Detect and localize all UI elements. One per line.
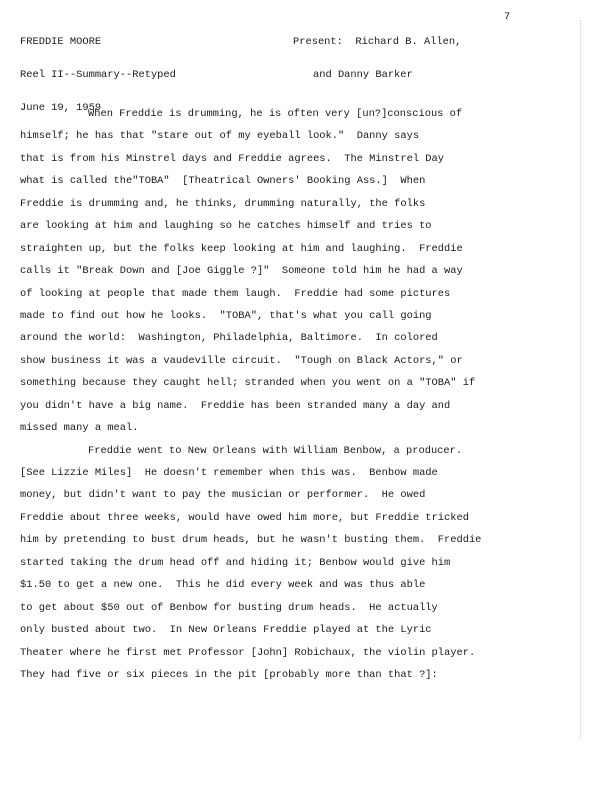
text-line: Freddie is drumming and, he thinks, drum… [20,193,580,215]
page-number: 7 [504,11,510,23]
document-page: FREDDIE MOORE Reel II--Summary--Retyped … [0,0,612,792]
text-line: Freddie about three weeks, would have ow… [20,507,580,529]
text-line: started taking the drum head off and hid… [20,552,580,574]
text-line: When Freddie is drumming, he is often ve… [20,103,580,125]
text-line: to get about $50 out of Benbow for busti… [20,597,580,619]
text-line: $1.50 to get a new one. This he did ever… [20,574,580,596]
text-line: calls it "Break Down and [Joe Giggle ?]"… [20,260,580,282]
text-line: They had five or six pieces in the pit [… [20,664,580,686]
text-line: himself; he has that "stare out of my ey… [20,125,580,147]
text-line: money, but didn't want to pay the musici… [20,484,580,506]
text-line: only busted about two. In New Orleans Fr… [20,619,580,641]
text-line: that is from his Minstrel days and Fredd… [20,148,580,170]
text-line: of looking at people that made them laug… [20,283,580,305]
text-line: are looking at him and laughing so he ca… [20,215,580,237]
present-line-1: Present: Richard B. Allen, [293,37,461,48]
text-line: [See Lizzie Miles] He doesn't remember w… [20,462,580,484]
text-line: around the world: Washington, Philadelph… [20,327,580,349]
text-line: something because they caught hell; stra… [20,372,580,394]
scan-margin-artifact [580,20,582,740]
reel-info: Reel II--Summary--Retyped [20,70,176,81]
text-line: straighten up, but the folks keep lookin… [20,238,580,260]
text-line: made to find out how he looks. "TOBA", t… [20,305,580,327]
text-line: show business it was a vaudeville circui… [20,350,580,372]
interviewee-name: FREDDIE MOORE [20,37,176,48]
header-right: Present: Richard B. Allen, and Danny Bar… [293,15,461,103]
text-line: what is called the"TOBA" [Theatrical Own… [20,170,580,192]
text-line: Freddie went to New Orleans with William… [20,440,580,462]
text-line: him by pretending to bust drum heads, bu… [20,529,580,551]
present-line-2: and Danny Barker [293,70,461,81]
transcript-body: When Freddie is drumming, he is often ve… [20,103,580,686]
text-line: you didn't have a big name. Freddie has … [20,395,580,417]
text-line: Theater where he first met Professor [Jo… [20,642,580,664]
text-line: missed many a meal. [20,417,580,439]
